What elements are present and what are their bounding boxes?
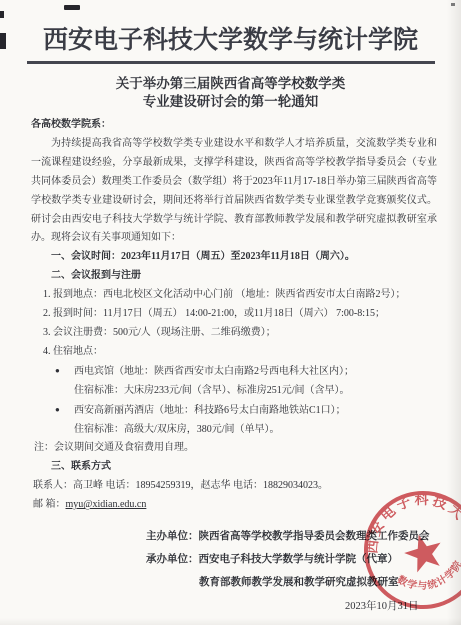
co-organizer-label: 承办单位： xyxy=(146,554,199,565)
intro-paragraph: 为持续提高我省高等学校数学类专业建设水平和数学人才培养质量，交流数学类专业和一流… xyxy=(31,135,437,248)
organizer-line: 主办单位：陕西省高等学校教学指导委员会数理类工作委员会 xyxy=(146,525,461,548)
hotel1-line: ●西电宾馆（地址：陕西省西安市太白南路2号西电科大社区内）； xyxy=(31,362,437,382)
registration-place-item: 1. 报到地点：西电北校区文化活动中心门前 （地址：陕西省西安市太白南路2号）； xyxy=(31,286,437,305)
letterhead-rule xyxy=(27,61,435,64)
accommodation-item: 4. 住宿地点： xyxy=(31,343,437,362)
notice-date: 2023年10月31日 xyxy=(345,595,461,618)
email-label: 邮 箱： xyxy=(33,499,66,510)
registration-fee-item: 3. 会议注册费：500元/人（现场注册、二维码缴费）； xyxy=(31,324,437,343)
registration-time-item: 2. 报到时间：11月17日（周五） 14:00-21:00，或11月18日（周… xyxy=(31,305,437,324)
co-organizer-name1: 西安电子科技大学数学与统计学院（代章） xyxy=(199,554,399,565)
notice-title-line2: 专业建设研讨会的第一轮通知 xyxy=(0,93,461,111)
section1-heading: 一、会议时间：2023年11月17日（周五）至2023年11月18日（周六）。 xyxy=(31,248,437,267)
hotel1-text: 西电宾馆（地址：陕西省西安市太白南路2号西电科大社区内）； xyxy=(74,366,354,377)
salutation: 各高校数学院系： xyxy=(31,116,437,135)
page-bottom-shadow xyxy=(0,618,461,625)
co-organizer-line2: 教育部教师教学发展和教学研究虚拟教研室 xyxy=(199,571,461,594)
bullet-icon: ● xyxy=(55,362,74,381)
section2-heading: 二、会议报到与注册 xyxy=(31,267,437,286)
email-address: myu@xidian.edu.cn xyxy=(66,499,147,510)
scan-artifact xyxy=(0,11,4,18)
email-line: 邮 箱：myu@xidian.edu.cn xyxy=(31,496,437,515)
notice-body: 各高校数学院系： 为持续提高我省高等学校数学类专业建设水平和数学人才培养质量，交… xyxy=(31,116,437,515)
letterhead-title: 西安电子科技大学数学与统计学院 xyxy=(10,25,451,55)
co-organizer-line1: 承办单位：西安电子科技大学数学与统计学院（代章） xyxy=(146,548,461,571)
notice-footer: 主办单位：陕西省高等学校教学指导委员会数理类工作委员会 承办单位：西安电子科技大… xyxy=(0,525,461,618)
notice-title-line1: 关于举办第三届陕西省高等学校数学类 xyxy=(0,75,461,93)
contact-persons: 联系人：高卫峰 电话：18954259319，赵志华 电话：1882903402… xyxy=(31,477,437,496)
scan-artifact xyxy=(0,33,6,49)
bullet-icon: ● xyxy=(55,401,74,420)
scan-artifact xyxy=(64,5,80,10)
scan-artifact xyxy=(451,3,455,6)
hotel2-text: 西安高新丽芮酒店（地址：科技路6号太白南路地铁站C1口）； xyxy=(74,405,346,416)
hotel2-line: ●西安高新丽芮酒店（地址：科技路6号太白南路地铁站C1口）； xyxy=(31,401,437,421)
scanned-notice-page: 西安电子科技大学数学与统计学院 关于举办第三届陕西省高等学校数学类 专业建设研讨… xyxy=(0,0,461,625)
hotel2-standard: 住宿标准：高级大/双床房，380元/间（单早）。 xyxy=(31,421,437,440)
notice-title: 关于举办第三届陕西省高等学校数学类 专业建设研讨会的第一轮通知 xyxy=(0,75,461,110)
section3-heading: 三、联系方式 xyxy=(31,458,437,477)
organizer-label: 主办单位： xyxy=(146,531,199,542)
expenses-note: 注：会议期间交通及食宿费用自理。 xyxy=(31,439,437,458)
organizer-name: 陕西省高等学校教学指导委员会数理类工作委员会 xyxy=(199,531,430,542)
hotel1-standard: 住宿标准：大床房233元/间（含早）、标准房251元/间（含早）。 xyxy=(31,382,437,401)
